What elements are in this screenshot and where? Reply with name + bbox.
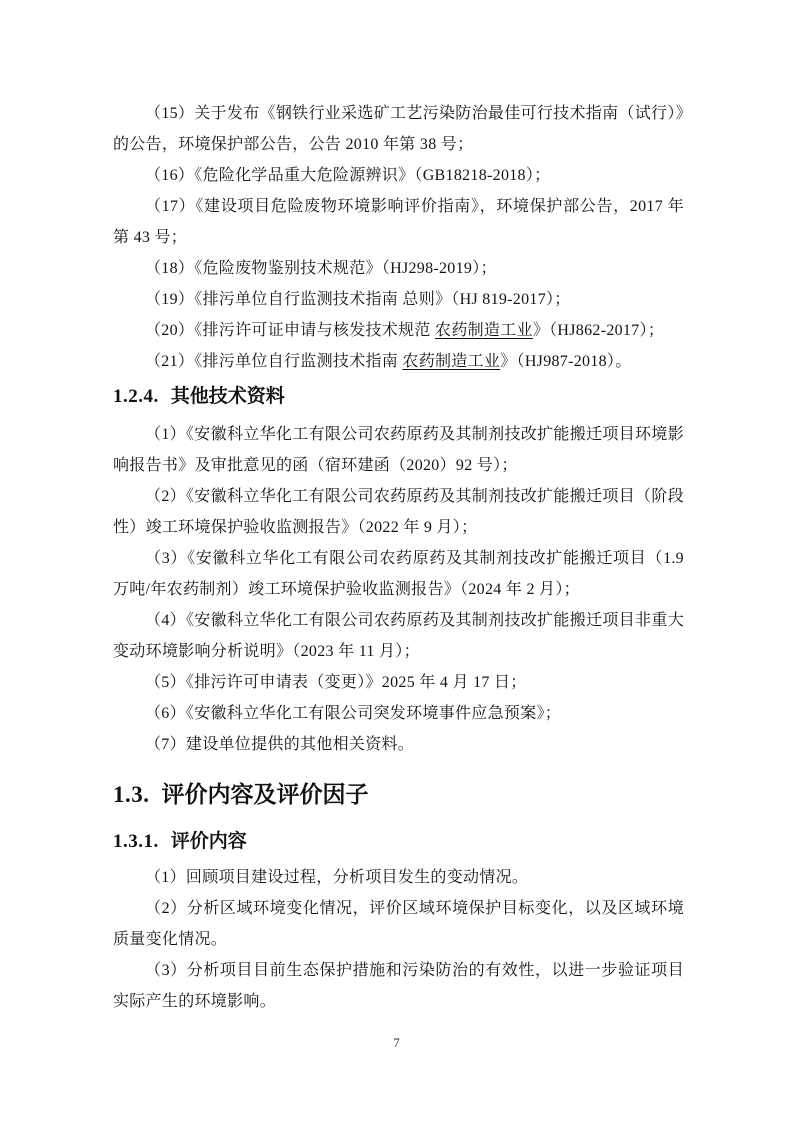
ref-item-20-prefix: （20）《排污许可证申请与核发技术规范 — [145, 322, 435, 339]
ref-item-21: （21）《排污单位自行监测技术指南 农药制造工业》（HJ987-2018）。 — [113, 346, 684, 377]
section-heading-1-2-4: 1.2.4.其他技术资料 — [113, 382, 684, 412]
ref-item-16-text: （16）《危险化学品重大危险源辨识》（GB18218-2018）； — [145, 167, 550, 184]
ref-item-20-suffix: 》（HJ862-2017）； — [533, 322, 664, 339]
other-material-item-7-text: （7）建设单位提供的其他相关资料。 — [145, 736, 414, 753]
section-heading-1-2-4-number: 1.2.4. — [113, 386, 159, 407]
ref-item-15: （15）关于发布《钢铁行业采选矿工艺污染防治最佳可行技术指南（试行）》的公告，环… — [113, 98, 684, 160]
ref-item-20: （20）《排污许可证申请与核发技术规范 农药制造工业》（HJ862-2017）； — [113, 315, 684, 346]
section-heading-1-3-1: 1.3.1.评价内容 — [113, 827, 684, 857]
other-material-item-4-text: （4）《安徽科立华化工有限公司农药原药及其制剂技改扩能搬迁项目非重大变动环境影响… — [113, 612, 684, 660]
section-heading-1-3-number: 1.3. — [113, 782, 150, 807]
section-heading-1-2-4-title: 其他技术资料 — [171, 386, 285, 407]
document-page: （15）关于发布《钢铁行业采选矿工艺污染防治最佳可行技术指南（试行）》的公告，环… — [0, 0, 793, 1122]
other-material-item-1-text: （1）《安徽科立华化工有限公司农药原药及其制剂技改扩能搬迁项目环境影响报告书》及… — [113, 426, 684, 474]
ref-item-16: （16）《危险化学品重大危险源辨识》（GB18218-2018）； — [113, 160, 684, 191]
ref-item-17-text: （17）《建设项目危险废物环境影响评价指南》，环境保护部公告，2017 年第 4… — [113, 198, 684, 246]
other-material-item-5: （5）《排污许可申请表（变更）》2025 年 4 月 17 日； — [113, 667, 684, 698]
ref-item-18-text: （18）《危险废物鉴别技术规范》（HJ298-2019）； — [145, 260, 497, 277]
ref-item-21-prefix: （21）《排污单位自行监测技术指南 — [145, 353, 402, 370]
other-material-item-6-text: （6）《安徽科立华化工有限公司突发环境事件应急预案》； — [145, 705, 561, 722]
ref-item-19: （19）《排污单位自行监测技术指南 总则》（HJ 819-2017）； — [113, 284, 684, 315]
eval-content-item-2-text: （2）分析区域环境变化情况，评价区域环境保护目标变化，以及区域环境质量变化情况。 — [113, 900, 684, 948]
other-material-item-2-text: （2）《安徽科立华化工有限公司农药原药及其制剂技改扩能搬迁项目（阶段性）竣工环境… — [113, 488, 684, 536]
page-number: 7 — [0, 1035, 793, 1051]
ref-item-21-suffix: 》（HJ987-2018）。 — [500, 353, 631, 370]
other-material-item-3: （3）《安徽科立华化工有限公司农药原药及其制剂技改扩能搬迁项目（1.9 万吨/年… — [113, 543, 684, 605]
other-material-item-4: （4）《安徽科立华化工有限公司农药原药及其制剂技改扩能搬迁项目非重大变动环境影响… — [113, 605, 684, 667]
ref-item-18: （18）《危险废物鉴别技术规范》（HJ298-2019）； — [113, 253, 684, 284]
section-heading-1-3: 1.3.评价内容及评价因子 — [113, 778, 684, 812]
document-content: （15）关于发布《钢铁行业采选矿工艺污染防治最佳可行技术指南（试行）》的公告，环… — [113, 98, 684, 1017]
ref-item-19-text: （19）《排污单位自行监测技术指南 总则》（HJ 819-2017）； — [145, 291, 571, 308]
ref-item-20-underlined: 农药制造工业 — [435, 322, 533, 339]
eval-content-item-3: （3）分析项目目前生态保护措施和污染防治的有效性，以进一步验证项目实际产生的环境… — [113, 955, 684, 1017]
other-material-item-2: （2）《安徽科立华化工有限公司农药原药及其制剂技改扩能搬迁项目（阶段性）竣工环境… — [113, 481, 684, 543]
eval-content-item-1-text: （1）回顾项目建设过程，分析项目发生的变动情况。 — [145, 869, 528, 886]
section-heading-1-3-1-title: 评价内容 — [171, 831, 247, 852]
section-heading-1-3-title: 评价内容及评价因子 — [162, 782, 369, 807]
other-material-item-3-text: （3）《安徽科立华化工有限公司农药原药及其制剂技改扩能搬迁项目（1.9 万吨/年… — [113, 550, 684, 598]
ref-item-17: （17）《建设项目危险废物环境影响评价指南》，环境保护部公告，2017 年第 4… — [113, 191, 684, 253]
ref-item-21-underlined: 农药制造工业 — [402, 353, 500, 370]
section-heading-1-3-1-number: 1.3.1. — [113, 831, 159, 852]
other-material-item-1: （1）《安徽科立华化工有限公司农药原药及其制剂技改扩能搬迁项目环境影响报告书》及… — [113, 419, 684, 481]
ref-item-15-text: （15）关于发布《钢铁行业采选矿工艺污染防治最佳可行技术指南（试行）》的公告，环… — [113, 105, 684, 153]
other-material-item-7: （7）建设单位提供的其他相关资料。 — [113, 729, 684, 760]
other-material-item-6: （6）《安徽科立华化工有限公司突发环境事件应急预案》； — [113, 698, 684, 729]
eval-content-item-2: （2）分析区域环境变化情况，评价区域环境保护目标变化，以及区域环境质量变化情况。 — [113, 893, 684, 955]
other-material-item-5-text: （5）《排污许可申请表（变更）》2025 年 4 月 17 日； — [145, 674, 527, 691]
eval-content-item-1: （1）回顾项目建设过程，分析项目发生的变动情况。 — [113, 862, 684, 893]
eval-content-item-3-text: （3）分析项目目前生态保护措施和污染防治的有效性，以进一步验证项目实际产生的环境… — [113, 962, 684, 1010]
